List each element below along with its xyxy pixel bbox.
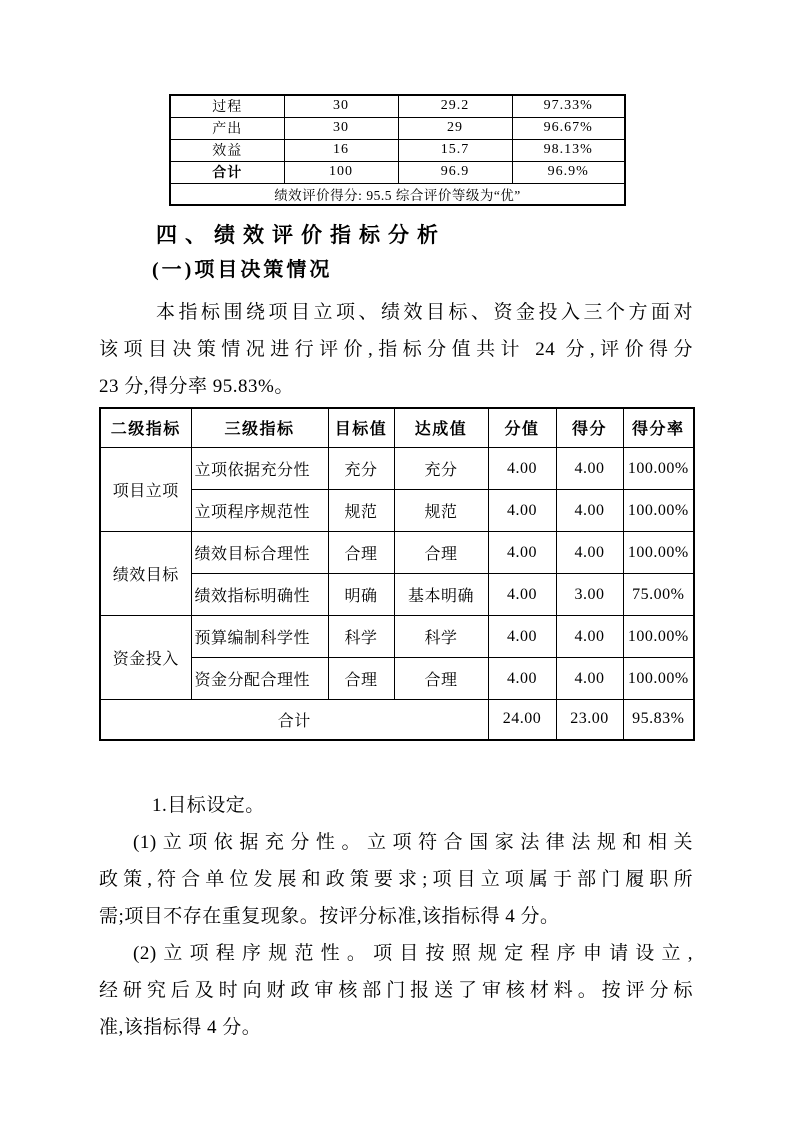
indicator-cell: 合理 [328,658,394,700]
total-rate-cell: 95.83% [623,700,694,740]
indicator-cell: 科学 [328,616,394,658]
total-label-cell: 合计 [100,700,488,740]
document-page: 过程 30 29.2 97.33% 产出 30 29 96.67% 效益 16 … [0,0,793,1122]
summary-cell: 100 [284,161,398,183]
analysis-line: 1.目标设定。 [99,787,693,824]
col-header-level2: 二级指标 [100,408,191,448]
indicator-header-row: 二级指标 三级指标 目标值 达成值 分值 得分 得分率 [100,408,694,448]
indicator-cell: 4.00 [488,616,556,658]
analysis-section: 1.目标设定。 (1)立项依据充分性。立项符合国家法律法规和相关 政策,符合单位… [99,787,693,1046]
indicator-cell: 4.00 [488,532,556,574]
summary-cell: 29.2 [398,95,512,117]
indicator-cell: 合理 [328,532,394,574]
analysis-line: (2)立项程序规范性。项目按照规定程序申请设立, [99,935,693,972]
intro-line: 该项目决策情况进行评价,指标分值共计 24 分,评价得分 [99,331,693,368]
indicator-cell: 4.00 [488,490,556,532]
indicator-cell: 4.00 [556,658,623,700]
indicator-cell: 基本明确 [394,574,488,616]
total-points-cell: 24.00 [488,700,556,740]
indicator-row: 资金投入 预算编制科学性 科学 科学 4.00 4.00 100.00% [100,616,694,658]
analysis-line: 准,该指标得 4 分。 [99,1009,693,1046]
analysis-line: 经研究后及时向财政审核部门报送了审核材料。按评分标 [99,972,693,1009]
analysis-line: (1)立项依据充分性。立项符合国家法律法规和相关 [99,824,693,861]
indicator-cell: 100.00% [623,490,694,532]
section-heading: 四、绩效评价指标分析 [156,222,693,249]
group-name-cell: 项目立项 [100,448,191,532]
indicator-cell: 4.00 [488,448,556,490]
indicator-cell: 明确 [328,574,394,616]
indicator-cell: 规范 [328,490,394,532]
indicator-cell: 4.00 [556,616,623,658]
indicator-cell: 100.00% [623,532,694,574]
indicator-cell: 合理 [394,532,488,574]
summary-cell: 30 [284,95,398,117]
indicator-cell: 预算编制科学性 [191,616,328,658]
intro-line: 23 分,得分率 95.83%。 [99,368,693,405]
summary-cell: 29 [398,117,512,139]
col-header-target: 目标值 [328,408,394,448]
indicator-cell: 科学 [394,616,488,658]
indicator-cell: 100.00% [623,616,694,658]
col-header-points: 分值 [488,408,556,448]
summary-cell: 产出 [170,117,284,139]
indicator-row: 绩效目标 绩效目标合理性 合理 合理 4.00 4.00 100.00% [100,532,694,574]
indicator-cell: 100.00% [623,448,694,490]
summary-cell: 15.7 [398,139,512,161]
summary-footer-text: 绩效评价得分: 95.5 综合评价等级为“优” [170,183,625,205]
indicator-cell: 规范 [394,490,488,532]
group-name-cell: 资金投入 [100,616,191,700]
group-name-cell: 绩效目标 [100,532,191,616]
analysis-line: 政策,符合单位发展和政策要求;项目立项属于部门履职所 [99,861,693,898]
indicator-cell: 充分 [328,448,394,490]
summary-row-total: 合计 100 96.9 96.9% [170,161,625,183]
indicator-cell: 4.00 [556,532,623,574]
summary-total-label: 合计 [170,161,284,183]
col-header-level3: 三级指标 [191,408,328,448]
indicator-cell: 立项程序规范性 [191,490,328,532]
analysis-line: 需;项目不存在重复现象。按评分标准,该指标得 4 分。 [99,898,693,935]
indicator-cell: 4.00 [556,490,623,532]
indicator-cell: 75.00% [623,574,694,616]
summary-footer-row: 绩效评价得分: 95.5 综合评价等级为“优” [170,183,625,205]
summary-row-process: 过程 30 29.2 97.33% [170,95,625,117]
indicator-table: 二级指标 三级指标 目标值 达成值 分值 得分 得分率 项目立项 立项依据充分性… [99,407,695,741]
indicator-cell: 立项依据充分性 [191,448,328,490]
indicator-cell: 4.00 [488,574,556,616]
indicator-cell: 4.00 [556,448,623,490]
page-content: 过程 30 29.2 97.33% 产出 30 29 96.67% 效益 16 … [0,94,793,1046]
summary-cell: 97.33% [512,95,625,117]
summary-row-output: 产出 30 29 96.67% [170,117,625,139]
summary-cell: 16 [284,139,398,161]
summary-row-benefit: 效益 16 15.7 98.13% [170,139,625,161]
summary-cell: 98.13% [512,139,625,161]
indicator-cell: 4.00 [488,658,556,700]
col-header-rate: 得分率 [623,408,694,448]
summary-cell: 96.9 [398,161,512,183]
intro-line: 本指标围绕项目立项、绩效目标、资金投入三个方面对 [99,294,693,331]
indicator-cell: 绩效目标合理性 [191,532,328,574]
col-header-achieved: 达成值 [394,408,488,448]
col-header-score: 得分 [556,408,623,448]
intro-paragraph: 本指标围绕项目立项、绩效目标、资金投入三个方面对 该项目决策情况进行评价,指标分… [99,294,693,405]
indicator-cell: 100.00% [623,658,694,700]
total-score-cell: 23.00 [556,700,623,740]
summary-cell: 30 [284,117,398,139]
indicator-row: 项目立项 立项依据充分性 充分 充分 4.00 4.00 100.00% [100,448,694,490]
indicator-cell: 充分 [394,448,488,490]
indicator-cell: 合理 [394,658,488,700]
subsection-heading: (一)项目决策情况 [152,256,693,285]
summary-cell: 效益 [170,139,284,161]
summary-cell: 96.9% [512,161,625,183]
indicator-cell: 3.00 [556,574,623,616]
indicator-cell: 资金分配合理性 [191,658,328,700]
summary-cell: 过程 [170,95,284,117]
indicator-total-row: 合计 24.00 23.00 95.83% [100,700,694,740]
summary-score-table: 过程 30 29.2 97.33% 产出 30 29 96.67% 效益 16 … [169,94,626,206]
indicator-cell: 绩效指标明确性 [191,574,328,616]
summary-cell: 96.67% [512,117,625,139]
